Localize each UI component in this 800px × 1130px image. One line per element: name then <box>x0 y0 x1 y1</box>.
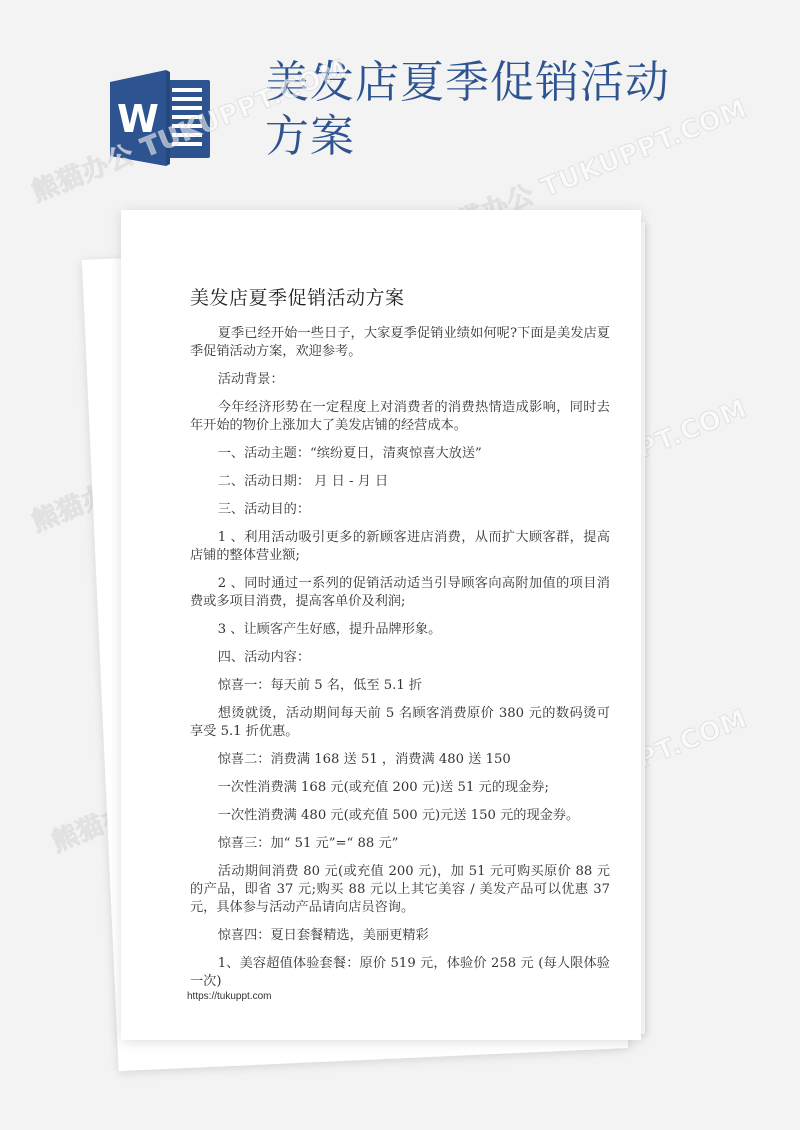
section-heading-content: 四、活动内容： <box>190 649 610 667</box>
document-title: 美发店夏季促销活动方案 <box>190 283 405 310</box>
header: W 美发店夏季促销活动方案 <box>0 0 800 200</box>
word-document-icon: W <box>108 70 212 166</box>
purpose-item-2: 2 、同时通过一系列的促销活动适当引导顾客向高附加值的项目消费或多项目消费，提高… <box>190 575 610 611</box>
purpose-item-3: 3 、让顾客产生好感，提升品牌形象。 <box>190 621 610 639</box>
page-title: 美发店夏季促销活动方案 <box>265 56 705 164</box>
section-heading-background: 活动背景： <box>190 371 610 389</box>
surprise-3-heading: 惊喜三：加“ 51 元”=“ 88 元” <box>190 835 610 853</box>
surprise-2-heading: 惊喜二：消费满 168 送 51 ，消费满 480 送 150 <box>190 751 610 769</box>
surprise-1-detail: 想烫就烫，活动期间每天前 5 名顾客消费原价 380 元的数码烫可享受 5.1 … <box>190 705 610 741</box>
surprise-4-item-1: 1、美容超值体验套餐：原价 519 元，体验价 258 元 (每人限体验一次) <box>190 955 610 991</box>
footer-url: https://tukuppt.com <box>187 991 272 1002</box>
surprise-4-heading: 惊喜四：夏日套餐精选，美丽更精彩 <box>190 927 610 945</box>
theme-line: 一、活动主题：“缤纷夏日，清爽惊喜大放送” <box>190 445 610 463</box>
surprise-3-detail: 活动期间消费 80 元(或充值 200 元)，加 51 元可购买原价 88 元的… <box>190 863 610 917</box>
background-paragraph: 今年经济形势在一定程度上对消费者的消费热情造成影响，同时去年开始的物价上涨加大了… <box>190 399 610 435</box>
surprise-1-heading: 惊喜一：每天前 5 名，低至 5.1 折 <box>190 677 610 695</box>
surprise-2-detail-2: 一次性消费满 480 元(或充值 500 元)元送 150 元的现金券。 <box>190 807 610 825</box>
document-page: 美发店夏季促销活动方案 夏季已经开始一些日子，大家夏季促销业绩如何呢?下面是美发… <box>121 210 641 1040</box>
svg-text:W: W <box>117 97 159 141</box>
date-line: 二、活动日期： 月 日 - 月 日 <box>190 473 610 491</box>
section-heading-purpose: 三、活动目的： <box>190 501 610 519</box>
document-body: 夏季已经开始一些日子，大家夏季促销业绩如何呢?下面是美发店夏季促销活动方案，欢迎… <box>190 325 610 1001</box>
surprise-2-detail-1: 一次性消费满 168 元(或充值 200 元)送 51 元的现金券; <box>190 779 610 797</box>
purpose-item-1: 1 、利用活动吸引更多的新顾客进店消费，从而扩大顾客群，提高店铺的整体营业额; <box>190 529 610 565</box>
intro-paragraph: 夏季已经开始一些日子，大家夏季促销业绩如何呢?下面是美发店夏季促销活动方案，欢迎… <box>190 325 610 361</box>
